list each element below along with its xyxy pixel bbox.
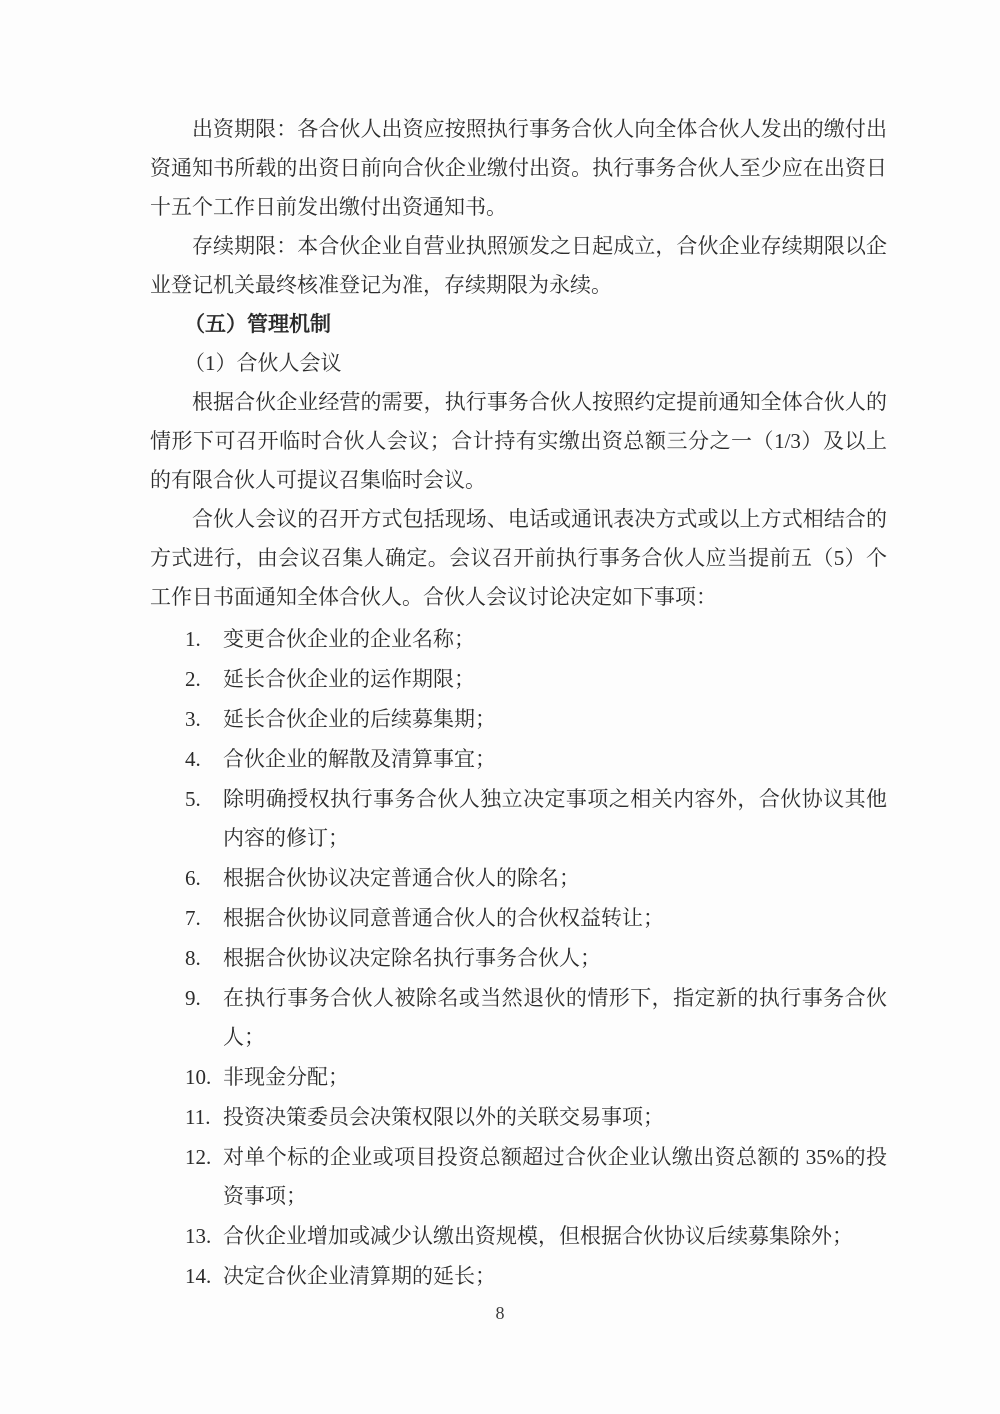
list-item-text: 对单个标的企业或项目投资总额超过合伙企业认缴出资总额的 35%的投资事项； [223,1145,887,1208]
list-item: 5. 除明确授权执行事务合伙人独立决定事项之相关内容外，合伙协议其他内容的修订； [150,780,887,858]
document-body: 出资期限：各合伙人出资应按照执行事务合伙人向全体合伙人发出的缴付出资通知书所载的… [150,110,887,1297]
list-item-number: 7. [185,899,221,938]
list-item-text: 根据合伙协议决定普通合伙人的除名； [223,866,580,890]
list-item-number: 4. [185,740,221,779]
list-item: 2. 延长合伙企业的运作期限； [150,660,887,699]
list-item-text: 非现金分配； [223,1065,349,1089]
list-item-number: 10. [185,1058,221,1097]
list-item-number: 1. [185,620,221,659]
list-item-text: 根据合伙协议同意普通合伙人的合伙权益转让； [223,906,664,930]
paragraph-interim-meeting: 根据合伙企业经营的需要，执行事务合伙人按照约定提前通知全体合伙人的情形下可召开临… [150,383,887,500]
list-item: 13. 合伙企业增加或减少认缴出资规模，但根据合伙协议后续募集除外； [150,1217,887,1256]
subsection-heading-partner-meeting: （1）合伙人会议 [150,344,887,383]
list-item: 11. 投资决策委员会决策权限以外的关联交易事项； [150,1098,887,1137]
section-heading-management: （五）管理机制 [150,305,887,344]
list-item: 12. 对单个标的企业或项目投资总额超过合伙企业认缴出资总额的 35%的投资事项… [150,1138,887,1216]
resolution-list: 1. 变更合伙企业的企业名称； 2. 延长合伙企业的运作期限； 3. 延长合伙企… [150,620,887,1296]
list-item-number: 5. [185,780,221,819]
list-item: 3. 延长合伙企业的后续募集期； [150,700,887,739]
list-item: 10. 非现金分配； [150,1058,887,1097]
list-item: 4. 合伙企业的解散及清算事宜； [150,740,887,779]
list-item: 14. 决定合伙企业清算期的延长； [150,1257,887,1296]
list-item-text: 延长合伙企业的运作期限； [223,667,475,691]
list-item-text: 变更合伙企业的企业名称； [223,627,475,651]
page-number: 8 [0,1300,1000,1326]
list-item-number: 2. [185,660,221,699]
list-item-number: 11. [185,1098,221,1137]
list-item-number: 13. [185,1217,221,1256]
list-item-number: 8. [185,939,221,978]
list-item-text: 决定合伙企业清算期的延长； [223,1264,496,1288]
document-page: 出资期限：各合伙人出资应按照执行事务合伙人向全体合伙人发出的缴付出资通知书所载的… [0,0,1000,1414]
list-item-text: 合伙企业的解散及清算事宜； [223,747,496,771]
list-item-number: 12. [185,1138,221,1177]
list-item: 7. 根据合伙协议同意普通合伙人的合伙权益转让； [150,899,887,938]
list-item-text: 在执行事务合伙人被除名或当然退伙的情形下，指定新的执行事务合伙人； [223,986,887,1049]
list-item-number: 6. [185,859,221,898]
list-item-number: 9. [185,979,221,1018]
list-item-text: 延长合伙企业的后续募集期； [223,707,496,731]
list-item-text: 除明确授权执行事务合伙人独立决定事项之相关内容外，合伙协议其他内容的修订； [223,787,887,850]
list-item-number: 3. [185,700,221,739]
list-item: 8. 根据合伙协议决定除名执行事务合伙人； [150,939,887,978]
list-item: 6. 根据合伙协议决定普通合伙人的除名； [150,859,887,898]
list-item-text: 合伙企业增加或减少认缴出资规模，但根据合伙协议后续募集除外； [223,1224,853,1248]
list-item: 9. 在执行事务合伙人被除名或当然退伙的情形下，指定新的执行事务合伙人； [150,979,887,1057]
paragraph-meeting-method: 合伙人会议的召开方式包括现场、电话或通讯表决方式或以上方式相结合的方式进行，由会… [150,500,887,617]
list-item-number: 14. [185,1257,221,1296]
list-item-text: 投资决策委员会决策权限以外的关联交易事项； [223,1105,664,1129]
list-item: 1. 变更合伙企业的企业名称； [150,620,887,659]
paragraph-contribution-deadline: 出资期限：各合伙人出资应按照执行事务合伙人向全体合伙人发出的缴付出资通知书所载的… [150,110,887,227]
paragraph-duration: 存续期限：本合伙企业自营业执照颁发之日起成立，合伙企业存续期限以企业登记机关最终… [150,227,887,305]
list-item-text: 根据合伙协议决定除名执行事务合伙人； [223,946,601,970]
